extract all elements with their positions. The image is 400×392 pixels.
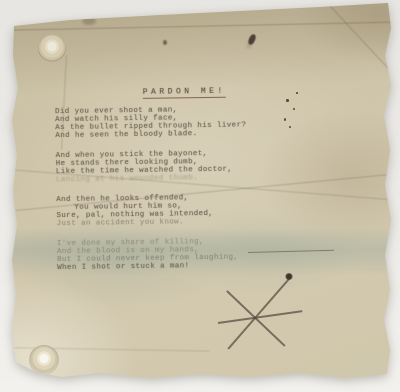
fastener-mark-right [247,33,257,46]
eyelet-bottom-left [29,345,59,375]
stanza-3: And then he looks offended, You would hu… [56,192,356,228]
paper-sheet: PARDON ME! Did you ever shoot a man, And… [0,0,400,392]
paper-surface: PARDON ME! Did you ever shoot a man, And… [0,0,400,392]
stanza-2: And when you stick the bayonet, He stand… [56,148,356,184]
photo-background: PARDON ME! Did you ever shoot a man, And… [0,0,400,392]
crease-top-right-fold [326,2,392,72]
smudge-top-left [82,17,96,25]
typed-poem: PARDON ME! Did you ever shoot a man, And… [55,78,358,284]
stanza-1: Did you ever shoot a man, And watch his … [55,104,355,140]
ink-blot [285,273,293,280]
eyelet-top-left [38,34,66,62]
crease-top [0,21,400,31]
stanza-4: I've done my share of killing, And the b… [57,236,357,272]
poem-title: PARDON ME! [143,87,226,99]
fastener-mark-left [163,40,167,45]
